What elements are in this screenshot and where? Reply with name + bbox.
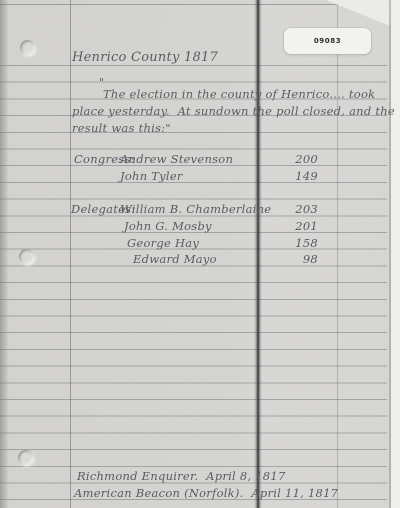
top-rule-line xyxy=(0,4,389,5)
punch-hole-bottom xyxy=(18,450,33,465)
catalog-sticker: 09083 xyxy=(284,28,371,54)
page-title: Henrico County 1817 xyxy=(72,51,218,65)
ruled-lines xyxy=(0,65,387,508)
vote-count: 158 xyxy=(286,236,318,250)
result-row: John Tyler 149 xyxy=(0,169,400,183)
vote-count: 149 xyxy=(286,169,318,183)
candidate-name: George Hay xyxy=(127,236,199,250)
paragraph-line-3: result was this:" xyxy=(72,121,171,135)
vote-count: 98 xyxy=(286,252,318,266)
result-row: Congress: Andrew Stevenson 200 xyxy=(0,152,400,166)
vote-count: 201 xyxy=(286,219,318,233)
candidate-name: John G. Mosby xyxy=(124,219,212,233)
candidate-name: John Tyler xyxy=(120,169,183,183)
result-row: John G. Mosby 201 xyxy=(0,219,400,233)
candidate-name: Andrew Stevenson xyxy=(120,152,233,166)
vote-count: 200 xyxy=(286,152,318,166)
candidate-name: William B. Chamberlaine xyxy=(120,202,271,216)
paragraph-line-1: The election in the county of Henrico...… xyxy=(103,87,375,101)
candidate-name: Edward Mayo xyxy=(133,252,217,266)
paragraph-line-2: place yesterday. At sundown the poll clo… xyxy=(72,104,395,118)
punch-hole-top xyxy=(20,40,35,55)
document-scan: 09083 Henrico County 1817 " The election… xyxy=(0,0,400,508)
catalog-number: 09083 xyxy=(314,37,341,45)
vote-count: 203 xyxy=(286,202,318,216)
source-citation-1: Richmond Enquirer. April 8, 1817 xyxy=(77,469,286,483)
result-row: Edward Mayo 98 xyxy=(0,252,400,266)
result-row: Delegates: William B. Chamberlaine 203 xyxy=(0,202,400,216)
result-row: George Hay 158 xyxy=(0,236,400,250)
source-citation-2: American Beacon (Norfolk). April 11, 181… xyxy=(74,486,338,500)
